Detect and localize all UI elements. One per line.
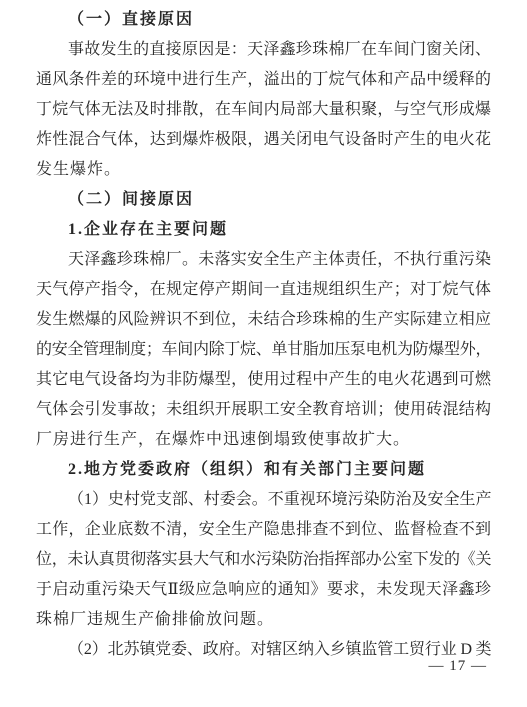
paragraph-line: 天泽鑫珍珠棉厂。未落实安全生产主体责任，不执行重污染 [36,245,491,275]
paragraph-line: 通风条件差的环境中进行生产，溢出的丁烷气体和产品中缓释的 [36,65,491,95]
paragraph-line: 其它电气设备均为非防爆型，使用过程中产生的电火花遇到可燃 [36,365,491,395]
heading-government-problems: 2.地方党委政府（组织）和有关部门主要问题 [36,455,491,485]
paragraph-line: （2）北苏镇党委、政府。对辖区纳入乡镇监管工贸行业 D 类 [36,635,491,665]
paragraph-line: 的安全管理制度；车间内除丁烷、单甘脂加压泵电机为防爆型外， [36,335,491,365]
paragraph-line: 于启动重污染天气Ⅱ级应急响应的通知》要求，未发现天泽鑫珍 [36,575,491,605]
paragraph-line: 工作，企业底数不清，安全生产隐患排查不到位、监督检查不到 [36,515,491,545]
paragraph-line: 炸性混合气体，达到爆炸极限，遇关闭电气设备时产生的电火花 [36,125,491,155]
paragraph-line: 事故发生的直接原因是：天泽鑫珍珠棉厂在车间门窗关闭、 [36,35,491,65]
paragraph-line: 丁烷气体无法及时排散，在车间内局部大量积聚，与空气形成爆 [36,95,491,125]
paragraph-line: 厂房进行生产，在爆炸中迅速倒塌致使事故扩大。 [36,425,491,455]
heading-direct-cause: （一）直接原因 [36,5,491,35]
paragraph-line: 珠棉厂违规生产偷排偷放问题。 [36,605,491,635]
document-page: （一）直接原因 事故发生的直接原因是：天泽鑫珍珠棉厂在车间门窗关闭、 通风条件差… [0,0,527,707]
paragraph-line: 发生爆炸。 [36,155,491,185]
heading-enterprise-problems: 1.企业存在主要问题 [36,215,491,245]
paragraph-line: （1）史村党支部、村委会。不重视环境污染防治及安全生产 [36,485,491,515]
heading-indirect-cause: （二）间接原因 [36,185,491,215]
paragraph-line: 天气停产指令，在规定停产期间一直违规组织生产；对丁烷气体 [36,275,491,305]
paragraph-line: 发生燃爆的风险辨识不到位，未结合珍珠棉的生产实际建立相应 [36,305,491,335]
paragraph-line: 位，未认真贯彻落实县大气和水污染防治指挥部办公室下发的《关 [36,545,491,575]
page-number: — 17 — [429,655,488,677]
paragraph-line: 气体会引发事故；未组织开展职工安全教育培训；使用砖混结构 [36,395,491,425]
